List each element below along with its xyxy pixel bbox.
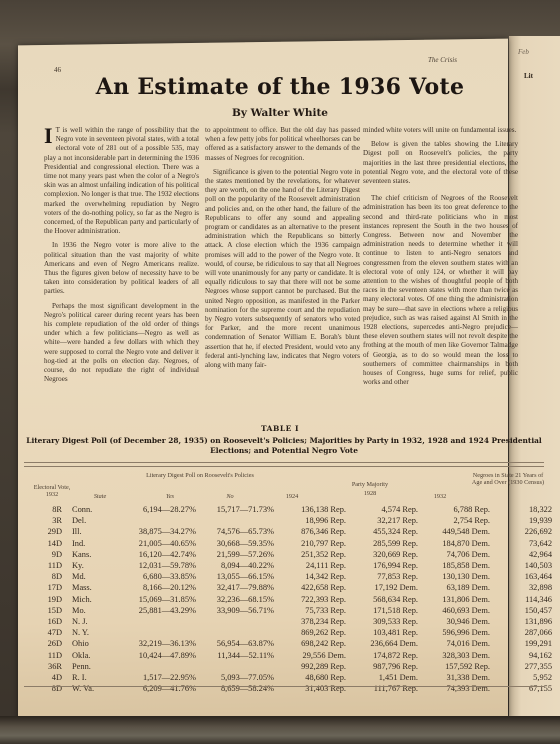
header-party-majority: Party Majority [320,481,420,488]
cell-negroes: 94,162 [490,650,556,661]
cell-y1928: 568,634 Rep. [346,594,418,605]
cell-no: 13,055—66.15% [196,571,274,582]
cell-negroes: 131,896 [490,616,556,627]
cell-state: Penn. [68,661,122,672]
cell-yes: 10,424—47.89% [122,650,196,661]
paragraph: Perhaps the most significant development… [44,302,199,385]
cell-state: Okla. [68,650,122,661]
cell-y1924: 18,996 Rep. [274,515,346,526]
cell-y1932: 157,592 Rep. [418,661,490,672]
cell-ev: 9D [22,549,68,560]
cell-y1928: 103,481 Rep. [346,627,418,638]
cell-y1932: 130,130 Dem. [418,571,490,582]
table-row: 8DMd.6,680—33.85%13,055—66.15%14,342 Rep… [22,571,556,582]
cell-no: 32,417—79.88% [196,582,274,593]
cell-no: 8,094—40.22% [196,560,274,571]
table-row: 17DMass.8,166—20.12%32,417—79.88%422,658… [22,582,556,593]
article-title: An Estimate of the 1936 Vote [0,74,560,100]
cell-yes: 6,194—28.27% [122,504,196,515]
header-yes: Yes [140,493,200,500]
cell-y1924: 722,393 Rep. [274,594,346,605]
cell-y1924: 992,289 Rep. [274,661,346,672]
article-column-1: IT is well within the range of possibili… [44,126,199,384]
wood-table-surface [0,716,560,744]
cell-state: N. Y. [68,627,122,638]
vote-table: 8RConn.6,194—28.27%15,717—71.73%136,138 … [22,504,556,694]
table-row: 15DMo.25,881—43.29%33,909—56.71%75,733 R… [22,605,556,616]
cell-negroes: 67,155 [490,683,556,694]
article-column-3: minded white voters will unite on fundam… [363,126,518,387]
cell-yes: 21,005—40.65% [122,538,196,549]
cell-negroes: 19,939 [490,515,556,526]
cell-ev: 14D [22,538,68,549]
table-row: 9DKans.16,120—42.74%21,599—57.26%251,352… [22,549,556,560]
cell-y1924: 75,733 Rep. [274,605,346,616]
paragraph: Significance is given to the potential N… [205,168,360,370]
cell-state: Conn. [68,504,122,515]
cell-y1928: 77,853 Rep. [346,571,418,582]
table-row: 19DMich.15,069—31.85%32,236—68.15%722,39… [22,594,556,605]
cell-ev: 19D [22,594,68,605]
paragraph: minded white voters will unite on fundam… [363,126,518,135]
cell-ev: 4D [22,672,68,683]
cell-no: 74,576—65.73% [196,526,274,537]
table-rule [24,462,544,467]
cell-y1928: 176,994 Rep. [346,560,418,571]
cell-y1924: 698,242 Rep. [274,638,346,649]
header-1924: 1924 [262,493,322,500]
cell-negroes: 114,346 [490,594,556,605]
cell-y1932: 63,189 Dem. [418,582,490,593]
cell-no: 21,599—57.26% [196,549,274,560]
cell-state: N. J. [68,616,122,627]
cell-y1928: 285,599 Rep. [346,538,418,549]
cell-ev: 11D [22,650,68,661]
cell-y1924: 24,111 Rep. [274,560,346,571]
cell-state: Ky. [68,560,122,571]
table-label: TABLE I [0,424,560,433]
cell-negroes: 226,692 [490,526,556,537]
cell-y1924: 251,352 Rep. [274,549,346,560]
cell-y1932: 328,303 Dem. [418,650,490,661]
cell-yes: 1,517—22.95% [122,672,196,683]
cell-ev: 26D [22,638,68,649]
article-column-2: to appointment to office. But the old da… [205,126,360,370]
cell-state: Del. [68,515,122,526]
cell-negroes: 42,964 [490,549,556,560]
cell-no: 5,093—77.05% [196,672,274,683]
cell-y1924: 48,680 Rep. [274,672,346,683]
table-row: 14DInd.21,005—40.65%30,668—59.35%210,797… [22,538,556,549]
cell-y1924: 869,262 Rep. [274,627,346,638]
cell-y1932: 2,754 Rep. [418,515,490,526]
cell-ev: 11D [22,560,68,571]
cell-negroes: 140,503 [490,560,556,571]
cell-negroes: 73,642 [490,538,556,549]
table-row: 29DIll.38,875—34.27%74,576—65.73%876,346… [22,526,556,537]
cell-yes [122,661,196,672]
cell-state: Mass. [68,582,122,593]
header-1928: 1928 [340,490,400,497]
cell-state: Mo. [68,605,122,616]
table-bottom-rule [24,686,544,687]
cell-negroes: 18,322 [490,504,556,515]
cell-no: 11,344—52.11% [196,650,274,661]
cell-y1924: 378,234 Rep. [274,616,346,627]
table-row: 11DKy.12,031—59.78%8,094—40.22%24,111 Re… [22,560,556,571]
cell-no: 30,668—59.35% [196,538,274,549]
cell-y1928: 987,796 Rep. [346,661,418,672]
cell-y1932: 30,946 Dem. [418,616,490,627]
table-row: 16DN. J.378,234 Rep.309,533 Rep.30,946 D… [22,616,556,627]
cell-no: 33,909—56.71% [196,605,274,616]
header-state: State [80,493,120,500]
cell-ev: 8D [22,683,68,694]
cell-yes: 38,875—34.27% [122,526,196,537]
table-row: 26DOhio32,219—36.13%56,954—63.87%698,242… [22,638,556,649]
table-row: 8DW. Va.6,209—41.76%8,659—58.24%31,403 R… [22,683,556,694]
cell-state: Ind. [68,538,122,549]
paragraph: Below is given the tables showing the Li… [363,140,518,186]
cell-state: W. Va. [68,683,122,694]
header-electoral: Electoral Vote, 1932 [30,484,74,498]
paragraph: The chief criticism of Negroes of the Ro… [363,194,518,387]
cell-yes: 6,680—33.85% [122,571,196,582]
table-row: 36RPenn.992,289 Rep.987,796 Rep.157,592 … [22,661,556,672]
running-head: The Crisis [428,56,457,64]
cell-state: Kans. [68,549,122,560]
cell-no: 56,954—63.87% [196,638,274,649]
header-1932: 1932 [410,493,470,500]
cell-y1928: 111,767 Rep. [346,683,418,694]
cell-yes [122,627,196,638]
cell-negroes: 277,355 [490,661,556,672]
cell-negroes: 5,952 [490,672,556,683]
cell-yes: 8,166—20.12% [122,582,196,593]
table-row: 47DN. Y.869,262 Rep.103,481 Rep.596,996 … [22,627,556,638]
drop-cap: I [44,127,53,145]
page-number: 46 [54,66,61,74]
cell-y1932: 460,693 Dem. [418,605,490,616]
cell-y1932: 449,548 Dem. [418,526,490,537]
cell-ev: 8R [22,504,68,515]
cell-state: Mich. [68,594,122,605]
cell-ev: 36R [22,661,68,672]
article-byline: By Walter White [0,107,560,119]
table-row: 4DR. I.1,517—22.95%5,093—77.05%48,680 Re… [22,672,556,683]
cell-no: 15,717—71.73% [196,504,274,515]
cell-yes: 12,031—59.78% [122,560,196,571]
cell-yes: 25,881—43.29% [122,605,196,616]
cell-y1924: 876,346 Rep. [274,526,346,537]
cell-yes: 32,219—36.13% [122,638,196,649]
cell-ev: 8D [22,571,68,582]
cell-yes: 6,209—41.76% [122,683,196,694]
header-poll-group: Literary Digest Poll on Roosevelt's Poli… [140,472,260,479]
cell-no [196,661,274,672]
cell-ev: 3R [22,515,68,526]
cell-y1928: 174,872 Rep. [346,650,418,661]
cell-y1932: 131,806 Dem. [418,594,490,605]
cell-negroes: 163,464 [490,571,556,582]
facing-page-running-head: Feb [518,48,529,56]
cell-y1932: 185,858 Dem. [418,560,490,571]
cell-y1932: 6,788 Rep. [418,504,490,515]
cell-no: 8,659—58.24% [196,683,274,694]
cell-y1928: 1,451 Dem. [346,672,418,683]
cell-negroes: 150,457 [490,605,556,616]
table-row: 8RConn.6,194—28.27%15,717—71.73%136,138 … [22,504,556,515]
cell-y1928: 4,574 Rep. [346,504,418,515]
cell-y1928: 320,669 Rep. [346,549,418,560]
cell-ev: 47D [22,627,68,638]
cell-yes: 15,069—31.85% [122,594,196,605]
cell-yes [122,616,196,627]
cell-no [196,616,274,627]
cell-negroes: 287,066 [490,627,556,638]
cell-y1924: 31,403 Rep. [274,683,346,694]
cell-y1924: 422,658 Rep. [274,582,346,593]
cell-y1928: 309,533 Rep. [346,616,418,627]
cell-state: Md. [68,571,122,582]
cell-state: R. I. [68,672,122,683]
header-no: No [200,493,260,500]
cell-yes: 16,120—42.74% [122,549,196,560]
cell-y1932: 74,706 Dem. [418,549,490,560]
cell-no [196,627,274,638]
cell-state: Ill. [68,526,122,537]
cell-ev: 15D [22,605,68,616]
cell-y1928: 32,217 Rep. [346,515,418,526]
cell-y1932: 184,870 Dem. [418,538,490,549]
paragraph: In 1936 the Negro voter is more alive to… [44,241,199,296]
cell-y1928: 236,664 Dem. [346,638,418,649]
cell-y1924: 210,797 Rep. [274,538,346,549]
cell-no [196,515,274,526]
paragraph: to appointment to office. But the old da… [205,126,360,163]
table-row: 3RDel.18,996 Rep.32,217 Rep.2,754 Rep.19… [22,515,556,526]
cell-y1932: 31,338 Dem. [418,672,490,683]
cell-y1932: 74,393 Dem. [418,683,490,694]
table-caption: Literary Digest Poll (of December 28, 19… [26,436,542,456]
header-negroes: Negroes in State 21 Years of Age and Ove… [470,472,546,486]
cell-no: 32,236—68.15% [196,594,274,605]
cell-y1928: 455,324 Rep. [346,526,418,537]
cell-y1932: 596,996 Dem. [418,627,490,638]
cell-ev: 29D [22,526,68,537]
cell-y1924: 29,556 Dem. [274,650,346,661]
cell-y1924: 136,138 Rep. [274,504,346,515]
cell-y1932: 74,016 Dem. [418,638,490,649]
cell-y1924: 14,342 Rep. [274,571,346,582]
cell-state: Ohio [68,638,122,649]
cell-negroes: 32,898 [490,582,556,593]
paragraph: IT is well within the range of possibili… [44,126,199,236]
cell-y1928: 171,518 Rep. [346,605,418,616]
cell-yes [122,515,196,526]
cell-y1928: 17,192 Dem. [346,582,418,593]
cell-ev: 16D [22,616,68,627]
cell-negroes: 199,291 [490,638,556,649]
cell-ev: 17D [22,582,68,593]
table-row: 11DOkla.10,424—47.89%11,344—52.11%29,556… [22,650,556,661]
